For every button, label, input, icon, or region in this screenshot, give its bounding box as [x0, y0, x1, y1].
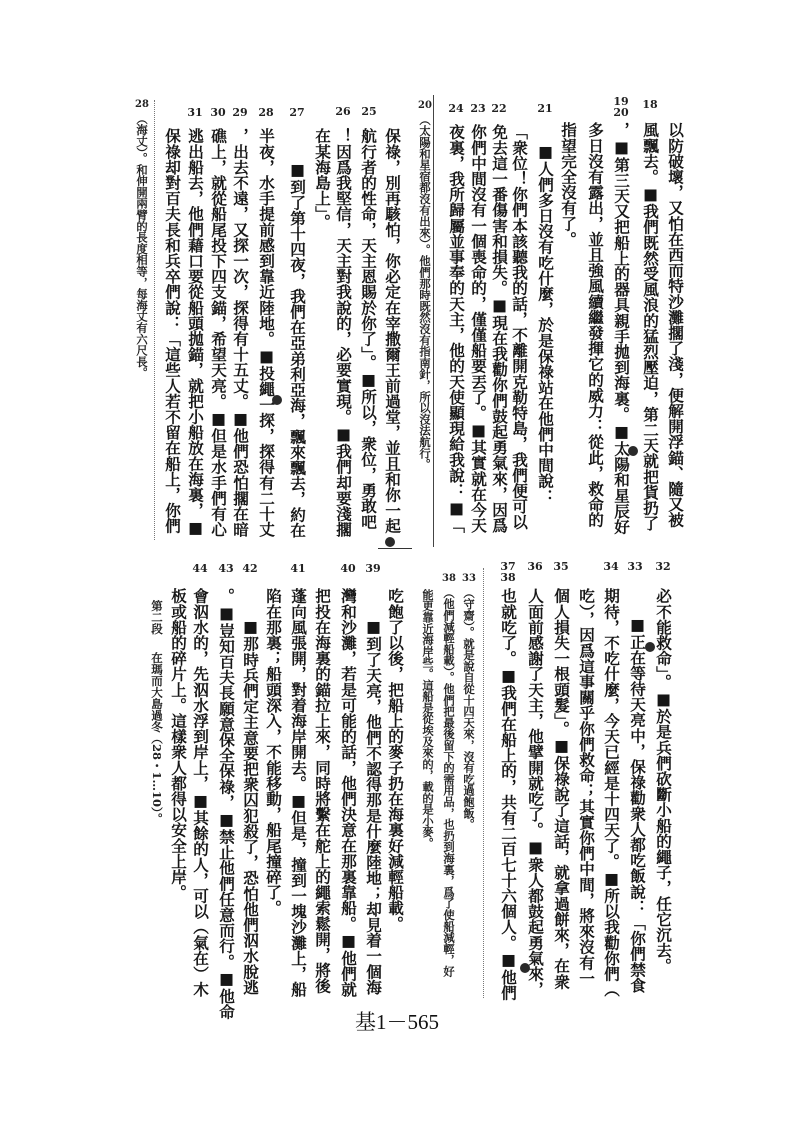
verse-number: 23 — [467, 103, 489, 114]
section-title: 在瑪而大島過冬（28・1…10）。 — [150, 652, 164, 824]
column-divider — [433, 95, 434, 547]
text-column: 灣和沙灘，若是可能的話，他們決意在那裏靠船。■他們就 — [338, 588, 358, 997]
footnote: （海丈）。和伸開兩臂的長度相等，每海丈有六尺長。 — [135, 113, 149, 379]
text-column: 人面前感謝了天主，他擘開就吃了。■衆人都鼓起勇氣來， — [525, 588, 545, 997]
verse-number: 22 — [488, 103, 510, 114]
verse-number: 24 — [445, 103, 467, 114]
annotation-mark-icon — [385, 537, 395, 547]
text-column: 期待，不吃什麼，今天已經是十四天了。■所以我勸你們（ — [601, 588, 621, 997]
text-column: ，出去不遠，又探一次，探得有十五丈。■他們恐怕擱在暗 — [230, 128, 250, 537]
footnote: （他們減輕船載）。他們把最後留下的需用品，也扔到海裏，爲了使船減輕，好 — [442, 587, 456, 977]
verse-number: 44 — [189, 563, 211, 574]
footnote-number: 33 — [461, 574, 477, 584]
text-column: 個人損失一根頭髮」。■保祿說了這話，就拿過餅來，在衆 — [551, 588, 571, 989]
footnote-number: 20 — [417, 101, 433, 111]
verse-number: 37 38 — [497, 561, 519, 583]
text-column: 吃飽了以後，把船上的麥子扔在海裏好減輕船載。 — [385, 588, 405, 931]
verse-number: 42 — [239, 563, 261, 574]
text-column: 陷在那裏；船頭深入，不能移動，船尾撞碎了。 — [263, 588, 283, 916]
annotation-mark-icon — [520, 963, 530, 973]
text-column: 必不能救命」。■於是兵們砍斷小船的繩子，任它沉去。 — [653, 588, 673, 974]
verse-number: 29 — [229, 107, 251, 118]
text-column: 在某海島上」。 — [312, 128, 332, 229]
text-column: ■那時兵們定主意要把衆囚犯殺了，恐怕他們泅水脫逃 — [240, 617, 260, 995]
text-column: 蓬向風張開，對着海岸開去。■但是，撞到一塊沙灘上，船 — [288, 588, 308, 997]
text-column: 礁上，就從船尾投下四支錨，希望天亮。■但是水手們有心 — [208, 128, 228, 537]
text-column: 保祿，別再駭怕，你必定在宰撒爾王前過堂，並且和你一起 — [382, 128, 402, 534]
text-column: 航行者的性命，天主恩賜於你了」。■所以，衆位，勇敢吧 — [358, 128, 378, 529]
text-column: ■人們多日沒有吃什麼，於是保祿站在他們中間說： — [535, 142, 555, 504]
annotation-mark-icon — [628, 446, 638, 456]
section-part-label: 第二段 — [150, 600, 164, 635]
text-column: ■到了第十四夜，我們在亞弟利亞海，飄來飄去，約在 — [287, 160, 307, 538]
verse-number: 28 — [255, 107, 277, 118]
footnote: （太陽和星宿都沒有出來）。他們那時既然沒有指南針，所以沒法航行。 — [418, 114, 432, 470]
verse-number: 34 — [600, 561, 622, 572]
section-divider — [378, 548, 412, 549]
text-column: 逃出船去，他們藉口要從船頭拋錨，就把小船放在海裏，■ — [185, 128, 205, 537]
footnote-number: 28 — [134, 100, 150, 110]
verse-number: 31 — [184, 107, 206, 118]
text-column: 免去這一番傷害和損失。■現在我勸你們鼓起勇氣來，因爲 — [489, 124, 509, 533]
text-column: 多日沒有露出，並且強風續繼發揮它的威力：從此，救命的 — [585, 122, 605, 528]
verse-number: 36 — [524, 561, 546, 572]
verse-number: 27 — [286, 107, 308, 118]
annotation-mark-icon — [272, 395, 282, 405]
verse-number: 33 — [624, 561, 646, 572]
text-column: ！因爲我堅信，天主對我說的，必要實現。■我們却要淺擱 — [333, 128, 353, 537]
verse-number: 18 — [639, 99, 661, 110]
footnote-number: 38 — [441, 574, 457, 584]
verse-number: 21 — [534, 103, 556, 114]
text-column: 保祿却對百夫長和兵卒們說：「這些人若不留在船上，你們 — [162, 128, 182, 534]
verse-number: 39 — [362, 563, 384, 574]
text-column: 會泅水的，先泅水浮到岸上，■其餘的人，可以（氣在）木 — [190, 588, 210, 997]
verse-number: 43 — [215, 563, 237, 574]
verse-number: 26 — [332, 106, 354, 117]
verse-number: 32 — [652, 561, 674, 572]
text-column: 吃），因爲這事關乎你們救命；其實你們中間，將來沒有一 — [576, 588, 596, 986]
verse-number: 25 — [358, 106, 380, 117]
text-column: 以防破壞，又怕在西而特沙灘擱了淺，便解開浮錨、隨又被 — [665, 122, 685, 528]
text-column: ，■第三天又把船上的器具親手拋到海裏。■太陽和星辰好 — [611, 122, 631, 534]
verse-number: 40 — [337, 563, 359, 574]
text-column: 指望完全沒有了。 — [558, 122, 578, 247]
text-column: 板或船的碎片上。這樣衆人都得以安全上岸。 — [168, 588, 188, 900]
text-column: 風飄去。■我們既然受風浪的猛烈壓迫，第二天就把貨扔了 — [640, 122, 660, 531]
page-number: 基1－565 — [337, 1006, 457, 1036]
text-column: 夜裏，我所歸屬並事奉的天主，他的天使顯現給我說：■「 — [446, 124, 466, 533]
verse-number: 30 — [207, 107, 229, 118]
text-column: 把投在海裏的錨拉上來，同時將繫在舵上的繩索鬆開，將後 — [312, 588, 332, 994]
annotation-mark-icon — [645, 642, 655, 652]
text-column: 也就吃了。■我們在船上的，共有二百七十六個人。■他們 — [498, 588, 518, 1000]
verse-number: 41 — [287, 563, 309, 574]
text-column: 「衆位！你們本該聽我的話，不離開克勒特島，我們便可以 — [509, 124, 529, 530]
column-divider — [483, 568, 484, 998]
text-column: 你們中間沒有一個喪命的，僅僅船要丟了。■其實就在今天 — [468, 124, 488, 533]
text-column: ■到了天亮，他們不認得那是什麼陸地；却見着一個海 — [363, 617, 383, 995]
text-column: ■正在等待天亮中，保祿勸衆人都吃飯說：「你們禁食 — [627, 615, 647, 993]
footnote: 能更靠近海岸些。這船是從埃及來的，載的是小麥。 — [421, 589, 435, 849]
verse-number: 19 20 — [610, 96, 632, 118]
column-divider — [154, 100, 155, 540]
footnote: （守齋）。就是說自從十四天來，沒有吃過飽飯。 — [462, 587, 476, 830]
text-column: 半夜，水手提前感到靠近陸地。■投繩一探，探得有二十丈 — [256, 128, 276, 537]
text-column: 。■豈知百夫長願意保全保祿，■禁止他們任意而行。■他命 — [216, 588, 236, 1019]
verse-number: 35 — [550, 561, 572, 572]
